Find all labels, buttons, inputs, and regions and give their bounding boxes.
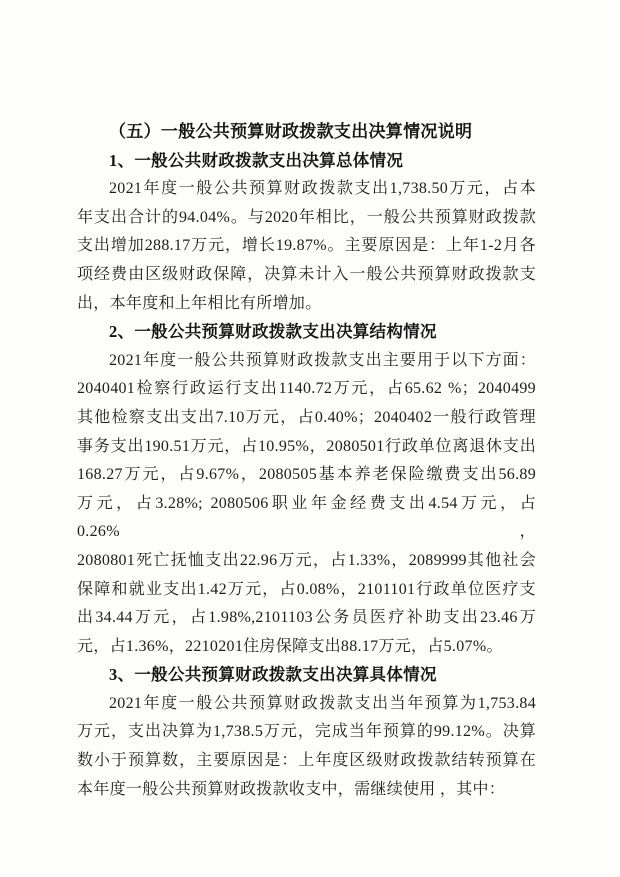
document-text: （五）一般公共预算财政拨款支出决算情况说明1、一般公共财政拨款支出决算总体情况2… [77,118,536,804]
paragraph-line: 2080801死亡抚恤支出22.96万元，占1.33%，2089999其他社会 [77,547,536,576]
paragraph-line: 2021年度一般公共预算财政拨款支出当年预算为1,753.84 [77,690,536,719]
paragraph-line: 其他检察支出支出7.10万元，占0.40%；2040402一般行政管理 [77,404,536,433]
paragraph-line: 数小于预算数，主要原因是：上年度区级财政拨款结转预算在 [77,747,536,776]
paragraph-line: 支出增加288.17万元，增长19.87%。主要原因是：上年1-2月各 [77,232,536,261]
section-heading: （五）一般公共预算财政拨款支出决算情况说明 [77,118,536,147]
paragraph-line: 本年度一般公共预算财政拨款收支中，需继续使用 ，其中： [77,776,536,805]
subsection-heading: 3、一般公共预算财政拨款支出决算具体情况 [77,661,536,690]
subsection-heading: 1、一般公共财政拨款支出决算总体情况 [77,147,536,176]
paragraph-line: 出，本年度和上年相比有所增加。 [77,290,536,319]
paragraph-line: 万元，支出决算为1,738.5万元，完成当年预算的99.12%。决算 [77,718,536,747]
paragraph-line: 保障和就业支出1.42万元，占0.08%，2101101行政单位医疗支 [77,576,536,605]
subsection-heading: 2、一般公共预算财政拨款支出决算结构情况 [77,318,536,347]
paragraph-line: 2021年度一般公共预算财政拨款支出1,738.50万元，占本 [77,175,536,204]
paragraph-line: 168.27万元，占9.67%，2080505基本养老保险缴费支出56.89 [77,461,536,490]
paragraph-line: 出34.44万元，占1.98%,2101103公务员医疗补助支出23.46万 [77,604,536,633]
paragraph-line: 元，占1.36%，2210201住房保障支出88.17万元，占5.07%。 [77,633,536,662]
paragraph-line: 万元，占3.28%; 2080506职业年金经费支出4.54万元，占0.26%， [77,490,536,547]
paragraph-line: 事务支出190.51万元，占10.95%，2080501行政单位离退休支出 [77,433,536,462]
paragraph-line: 年支出合计的94.04%。与2020年相比，一般公共预算财政拨款 [77,204,536,233]
paragraph-line: 2021年度一般公共预算财政拨款支出主要用于以下方面： [77,347,536,376]
paragraph-line: 2040401检察行政运行支出1140.72万元，占65.62 %；204049… [77,375,536,404]
document-page: （五）一般公共预算财政拨款支出决算情况说明1、一般公共财政拨款支出决算总体情况2… [0,0,620,877]
paragraph-line: 项经费由区级财政保障，决算未计入一般公共预算财政拨款支 [77,261,536,290]
